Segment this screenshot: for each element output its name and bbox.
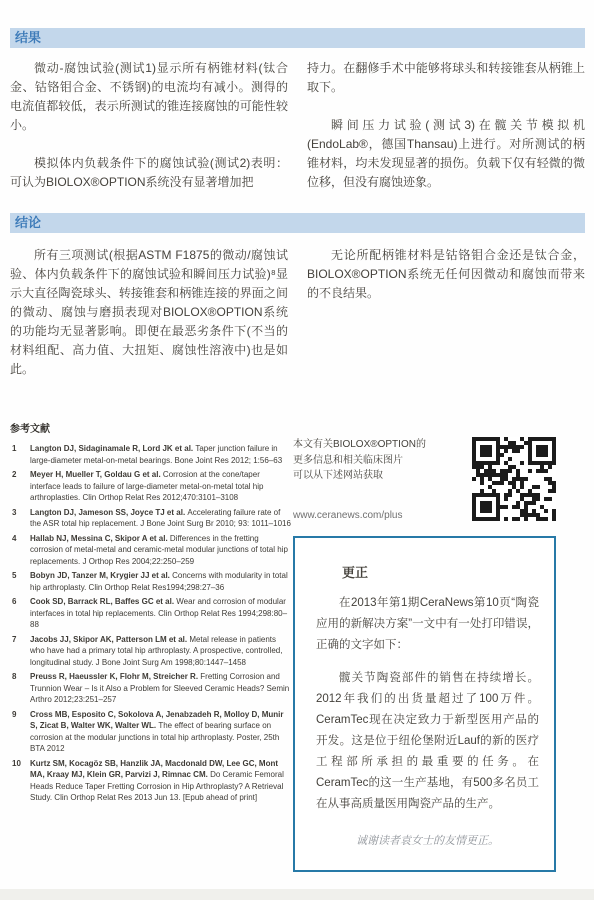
reference-authors: Preuss R, Haeussler K, Flohr M, Streiche… bbox=[30, 672, 200, 681]
qr-code bbox=[472, 437, 556, 521]
reference-text: Hallab NJ, Messina C, Skipor A et al. Di… bbox=[30, 534, 288, 566]
reference-authors: Langton DJ, Jameson SS, Joyce TJ et al. bbox=[30, 508, 187, 517]
results-body: 微动-腐蚀试验(测试1)显示所有柄锥材料(钛合金、钴铬钼合金、不锈钢)的电流均有… bbox=[10, 59, 585, 192]
paragraph: 在2013年第1期CeraNews第10页“陶瓷应用的新解决方案”一文中有一处打… bbox=[316, 593, 539, 656]
side-panel: 本文有关BIOLOX®OPTION的 更多信息和相关临床图片 可以从下述网站获取… bbox=[293, 432, 556, 872]
reference-item: 10Kurtz SM, Kocagöz SB, Hanzlik JA, Macd… bbox=[10, 758, 292, 804]
reference-item: 2Meyer H, Mueller T, Goldau G et al. Cor… bbox=[10, 469, 292, 504]
reference-authors: Langton DJ, Sidaginamale R, Lord JK et a… bbox=[30, 444, 195, 453]
reference-authors: Jacobs JJ, Skipor AK, Patterson LM et al… bbox=[30, 635, 189, 644]
reference-number: 2 bbox=[12, 469, 16, 481]
reference-authors: Kurtz SM, Kocagöz SB, Hanzlik JA, Macdon… bbox=[30, 759, 278, 780]
document-page: 结果 微动-腐蚀试验(测试1)显示所有柄锥材料(钛合金、钴铬钼合金、不锈钢)的电… bbox=[0, 0, 594, 900]
paragraph: 无论所配柄锥材料是钴铬钼合金还是钛合金，BIOLOX®OPTION系统无任何因微… bbox=[307, 246, 585, 303]
conclusion-column-right: 无论所配柄锥材料是钴铬钼合金还是钛合金，BIOLOX®OPTION系统无任何因微… bbox=[307, 246, 585, 379]
references-list: 1Langton DJ, Sidaginamale R, Lord JK et … bbox=[10, 443, 292, 804]
paragraph: 所有三项测试(根据ASTM F1875的微动/腐蚀试验、体内负载条件下的腐蚀试验… bbox=[10, 246, 288, 379]
reference-text: Cook SD, Barrack RL, Baffes GC et al. We… bbox=[30, 597, 287, 629]
reference-text: Bobyn JD, Tanzer M, Krygier JJ et al. Co… bbox=[30, 571, 288, 592]
conclusion-body: 所有三项测试(根据ASTM F1875的微动/腐蚀试验、体内负载条件下的腐蚀试验… bbox=[10, 246, 585, 379]
reference-item: 1Langton DJ, Sidaginamale R, Lord JK et … bbox=[10, 443, 292, 466]
paragraph: 模拟体内负载条件下的腐蚀试验(测试2)表明：可认为BIOLOX®OPTION系统… bbox=[10, 154, 288, 192]
reference-item: 5Bobyn JD, Tanzer M, Krygier JJ et al. C… bbox=[10, 570, 292, 593]
reference-number: 1 bbox=[12, 443, 16, 455]
reference-item: 4Hallab NJ, Messina C, Skipor A et al. D… bbox=[10, 533, 292, 568]
section-header-conclusion: 结论 bbox=[10, 213, 585, 233]
reference-item: 7Jacobs JJ, Skipor AK, Patterson LM et a… bbox=[10, 634, 292, 669]
reference-number: 9 bbox=[12, 709, 16, 721]
reference-number: 5 bbox=[12, 570, 16, 582]
conclusion-column-left: 所有三项测试(根据ASTM F1875的微动/腐蚀试验、体内负载条件下的腐蚀试验… bbox=[10, 246, 288, 379]
reference-text: Kurtz SM, Kocagöz SB, Hanzlik JA, Macdon… bbox=[30, 759, 284, 803]
reference-text: Langton DJ, Jameson SS, Joyce TJ et al. … bbox=[30, 508, 291, 529]
reference-authors: Cook SD, Barrack RL, Baffes GC et al. bbox=[30, 597, 176, 606]
reference-text: Cross MB, Esposito C, Sokolova A, Jenabz… bbox=[30, 710, 284, 754]
weblink-block: 本文有关BIOLOX®OPTION的 更多信息和相关临床图片 可以从下述网站获取… bbox=[293, 432, 556, 521]
reference-text: Jacobs JJ, Skipor AK, Patterson LM et al… bbox=[30, 635, 282, 667]
reference-number: 10 bbox=[12, 758, 21, 770]
reference-item: 3Langton DJ, Jameson SS, Joyce TJ et al.… bbox=[10, 507, 292, 530]
reference-authors: Cross MB, Esposito C, Sokolova A, Jenabz… bbox=[30, 710, 284, 731]
reference-number: 7 bbox=[12, 634, 16, 646]
section-title-conclusion: 结论 bbox=[10, 213, 585, 233]
reference-text: Langton DJ, Sidaginamale R, Lord JK et a… bbox=[30, 444, 282, 465]
references-section: 参考文献 1Langton DJ, Sidaginamale R, Lord J… bbox=[10, 420, 292, 807]
correction-note: 诚谢读者袁女士的友情更正。 bbox=[316, 831, 539, 852]
paragraph: 持力。在翻修手术中能够将球头和转接锥套从柄锥上取下。 bbox=[307, 59, 585, 97]
reference-number: 3 bbox=[12, 507, 16, 519]
paragraph: 微动-腐蚀试验(测试1)显示所有柄锥材料(钛合金、钴铬钼合金、不锈钢)的电流均有… bbox=[10, 59, 288, 135]
reference-text: Meyer H, Mueller T, Goldau G et al. Corr… bbox=[30, 470, 263, 502]
references-heading: 参考文献 bbox=[10, 420, 292, 435]
results-column-left: 微动-腐蚀试验(测试1)显示所有柄锥材料(钛合金、钴铬钼合金、不锈钢)的电流均有… bbox=[10, 59, 288, 192]
section-header-results: 结果 bbox=[10, 28, 585, 48]
paragraph: 髋关节陶瓷部件的销售在持续增长。2012年我们的出货量超过了100万件。Cera… bbox=[316, 668, 539, 815]
reference-item: 8Preuss R, Haeussler K, Flohr M, Streich… bbox=[10, 671, 292, 706]
reference-authors: Meyer H, Mueller T, Goldau G et al. bbox=[30, 470, 163, 479]
reference-authors: Bobyn JD, Tanzer M, Krygier JJ et al. bbox=[30, 571, 172, 580]
page-bottom-edge bbox=[0, 889, 594, 900]
paragraph: 瞬间压力试验(测试3)在髋关节模拟机(EndoLab®，德国Thansau)上进… bbox=[307, 116, 585, 192]
reference-number: 4 bbox=[12, 533, 16, 545]
reference-text: Preuss R, Haeussler K, Flohr M, Streiche… bbox=[30, 672, 289, 704]
results-column-right: 持力。在翻修手术中能够将球头和转接锥套从柄锥上取下。 瞬间压力试验(测试3)在髋… bbox=[307, 59, 585, 192]
correction-heading: 更正 bbox=[316, 562, 539, 583]
ceranews-link[interactable]: www.ceranews.com/plus bbox=[293, 510, 463, 521]
reference-number: 8 bbox=[12, 671, 16, 683]
reference-number: 6 bbox=[12, 596, 16, 608]
reference-authors: Hallab NJ, Messina C, Skipor A et al. bbox=[30, 534, 170, 543]
reference-item: 6Cook SD, Barrack RL, Baffes GC et al. W… bbox=[10, 596, 292, 631]
section-title-results: 结果 bbox=[10, 28, 585, 48]
reference-item: 9Cross MB, Esposito C, Sokolova A, Jenab… bbox=[10, 709, 292, 755]
weblink-text: 本文有关BIOLOX®OPTION的 更多信息和相关临床图片 可以从下述网站获取 bbox=[293, 437, 463, 484]
weblink-info: 本文有关BIOLOX®OPTION的 更多信息和相关临床图片 可以从下述网站获取… bbox=[293, 432, 463, 521]
correction-box: 更正 在2013年第1期CeraNews第10页“陶瓷应用的新解决方案”一文中有… bbox=[293, 536, 556, 872]
